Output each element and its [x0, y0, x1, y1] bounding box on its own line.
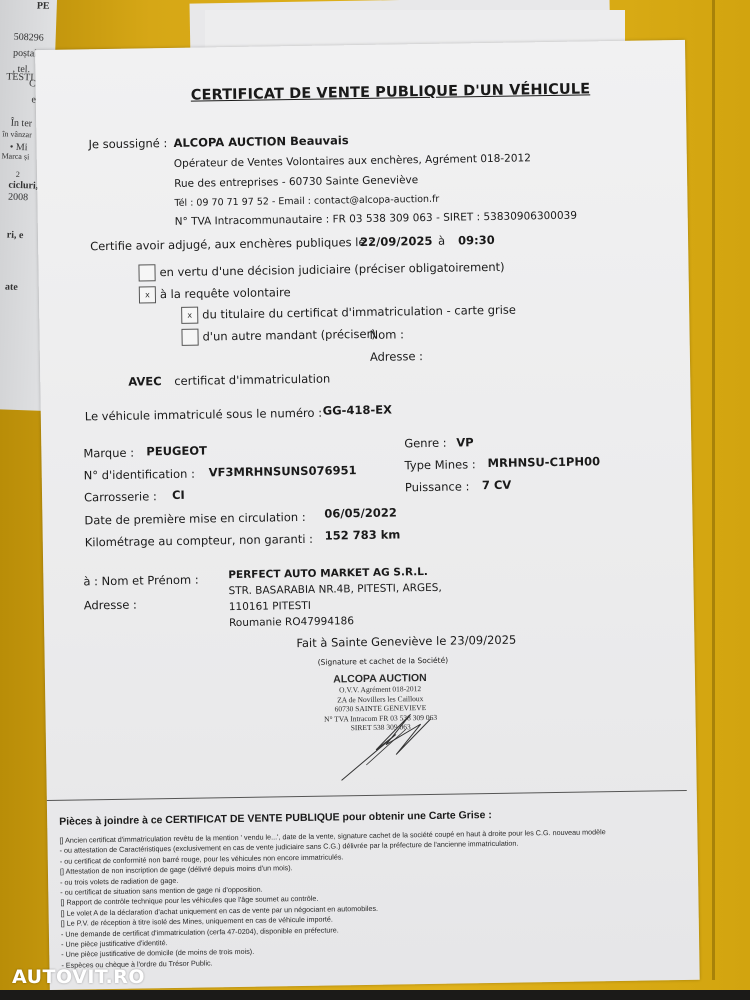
- footer-divider: [47, 790, 687, 801]
- checkbox-requete-volontaire: x: [139, 286, 156, 303]
- autovit-watermark: AUTOVIT.RO: [12, 966, 145, 988]
- option-requete-volontaire: xà la requête volontaire: [139, 284, 291, 303]
- checkbox-judiciaire: [138, 264, 155, 281]
- document-title: CERTIFICAT DE VENTE PUBLIQUE D'UN VÉHICU…: [191, 81, 591, 103]
- at-label: à: [438, 234, 445, 248]
- first-registration-value: 06/05/2022: [324, 505, 397, 520]
- company-line: Opérateur de Ventes Volontaires aux ench…: [174, 152, 531, 170]
- buyer-address-line: Roumanie RO47994186: [229, 615, 354, 629]
- company-line: Rue des entreprises - 60730 Sainte Genev…: [174, 174, 418, 190]
- soussigne-label: Je soussigné :: [88, 136, 167, 151]
- puissance-value: 7 CV: [482, 478, 512, 492]
- buyer-address-line: STR. BASARABIA NR.4B, PITESTI, ARGES,: [228, 582, 441, 597]
- type-mines-value: MRHNSU-C1PH00: [487, 454, 600, 470]
- certifie-label: Certifie avoir adjugé, aux enchères publ…: [90, 235, 373, 253]
- option-judiciaire: en vertu d'une décision judiciaire (préc…: [138, 259, 504, 282]
- puissance-label: Puissance :: [405, 479, 470, 494]
- bottom-edge: [0, 990, 750, 1000]
- company-name: ALCOPA AUCTION Beauvais: [173, 133, 348, 150]
- immat-value: GG-418-EX: [323, 403, 392, 418]
- signature-scribble: [335, 704, 446, 786]
- marque-value: PEUGEOT: [146, 443, 207, 458]
- mileage-label: Kilométrage au compteur, non garanti :: [85, 532, 313, 550]
- certificate-document: CERTIFICAT DE VENTE PUBLIQUE D'UN VÉHICU…: [35, 40, 700, 990]
- checkbox-titulaire: x: [181, 307, 198, 324]
- buyer-name: PERFECT AUTO MARKET AG S.R.L.: [228, 566, 428, 581]
- marque-label: Marque :: [83, 446, 134, 461]
- sale-date: 22/09/2025: [360, 234, 433, 249]
- genre-value: VP: [456, 435, 474, 449]
- type-mines-label: Type Mines :: [404, 457, 475, 472]
- first-registration-label: Date de première mise en circulation :: [84, 510, 305, 527]
- genre-label: Genre :: [404, 436, 447, 451]
- vin-value: VF3MRHNSUNS076951: [209, 463, 357, 479]
- carrosserie-value: CI: [172, 488, 185, 502]
- immat-label: Le véhicule immatriculé sous le numéro :: [85, 406, 322, 424]
- avec-text: certificat d'immatriculation: [174, 372, 330, 388]
- folder-edge: [712, 0, 715, 980]
- signature-note: (Signature et cachet de la Société): [318, 656, 449, 667]
- mileage-value: 152 783 km: [325, 527, 401, 542]
- footer-title: Pièces à joindre à ce CERTIFICAT DE VENT…: [59, 809, 492, 828]
- adresse-mandant-label: Adresse :: [370, 349, 423, 364]
- required-documents-list: [] Ancien certificat d'immatriculation r…: [59, 827, 607, 971]
- sale-time: 09:30: [458, 233, 495, 248]
- carrosserie-label: Carrosserie :: [84, 489, 157, 504]
- vin-label: N° d'identification :: [84, 467, 195, 483]
- option-autre-mandant: d'un autre mandant (préciser): [181, 326, 375, 346]
- buyer-name-label: à : Nom et Prénom :: [83, 573, 199, 589]
- buyer-address-line: 110161 PITESTI: [229, 600, 311, 613]
- checkbox-autre-mandant: [181, 329, 198, 346]
- company-line: Tél : 09 70 71 97 52 - Email : contact@a…: [174, 194, 439, 209]
- fait-a: Fait à Sainte Geneviève le 23/09/2025: [296, 633, 516, 650]
- option-titulaire: xdu titulaire du certificat d'immatricul…: [181, 302, 516, 324]
- buyer-address-label: Adresse :: [84, 598, 137, 613]
- nom-label: Nom :: [369, 327, 404, 342]
- company-line: N° TVA Intracommunautaire : FR 03 538 30…: [175, 210, 577, 228]
- avec-label: AVEC: [128, 374, 162, 389]
